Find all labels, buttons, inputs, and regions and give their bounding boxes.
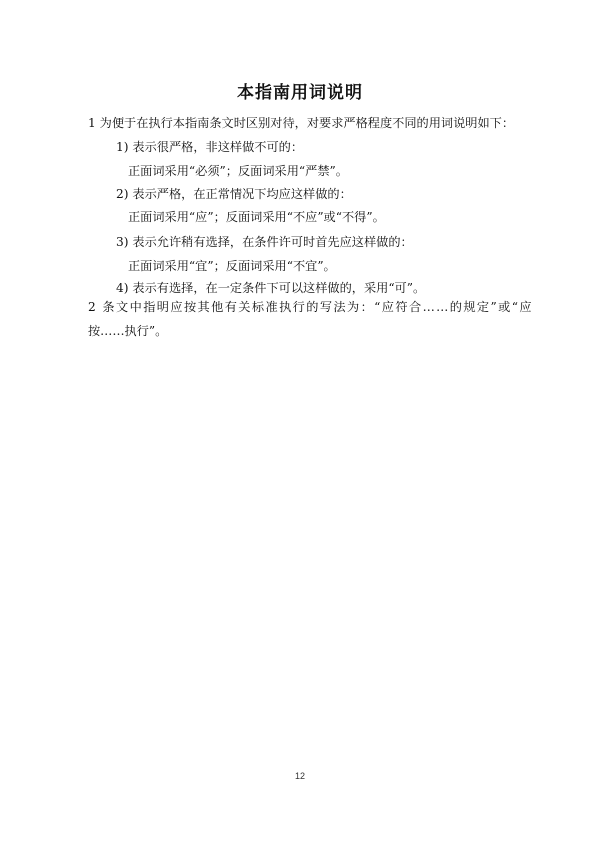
clause-1-item-3: 3) 表示允许稍有选择，在条件许可时首先应这样做的： bbox=[116, 234, 413, 250]
clause-1-item-1: 1) 表示很严格，非这样做不可的： bbox=[116, 139, 303, 155]
clause-1-item-1-detail: 正面词采用“必须”；反面词采用“严禁”。 bbox=[128, 163, 348, 179]
page-number: 12 bbox=[0, 771, 600, 781]
clause-1-item-2-detail: 正面词采用“应”；反面词采用“不应”或“不得”。 bbox=[128, 209, 385, 225]
clause-2: 2 条文中指明应按其他有关标准执行的写法为：“应符合……的规定”或“应 bbox=[88, 299, 533, 315]
clause-1-item-4: 4) 表示有选择，在一定条件下可以这样做的，采用“可”。 bbox=[116, 280, 425, 296]
clause-1: 1 为便于在执行本指南条文时区别对待，对要求严格程度不同的用词说明如下： bbox=[88, 115, 514, 131]
clause-1-item-3-detail: 正面词采用“宜”；反面词采用“不宜”。 bbox=[128, 258, 336, 274]
clause-2-continued: 按……执行”。 bbox=[88, 323, 167, 339]
clause-1-item-2: 2) 表示严格，在正常情况下均应这样做的： bbox=[116, 186, 352, 202]
page-title: 本指南用词说明 bbox=[0, 78, 600, 103]
